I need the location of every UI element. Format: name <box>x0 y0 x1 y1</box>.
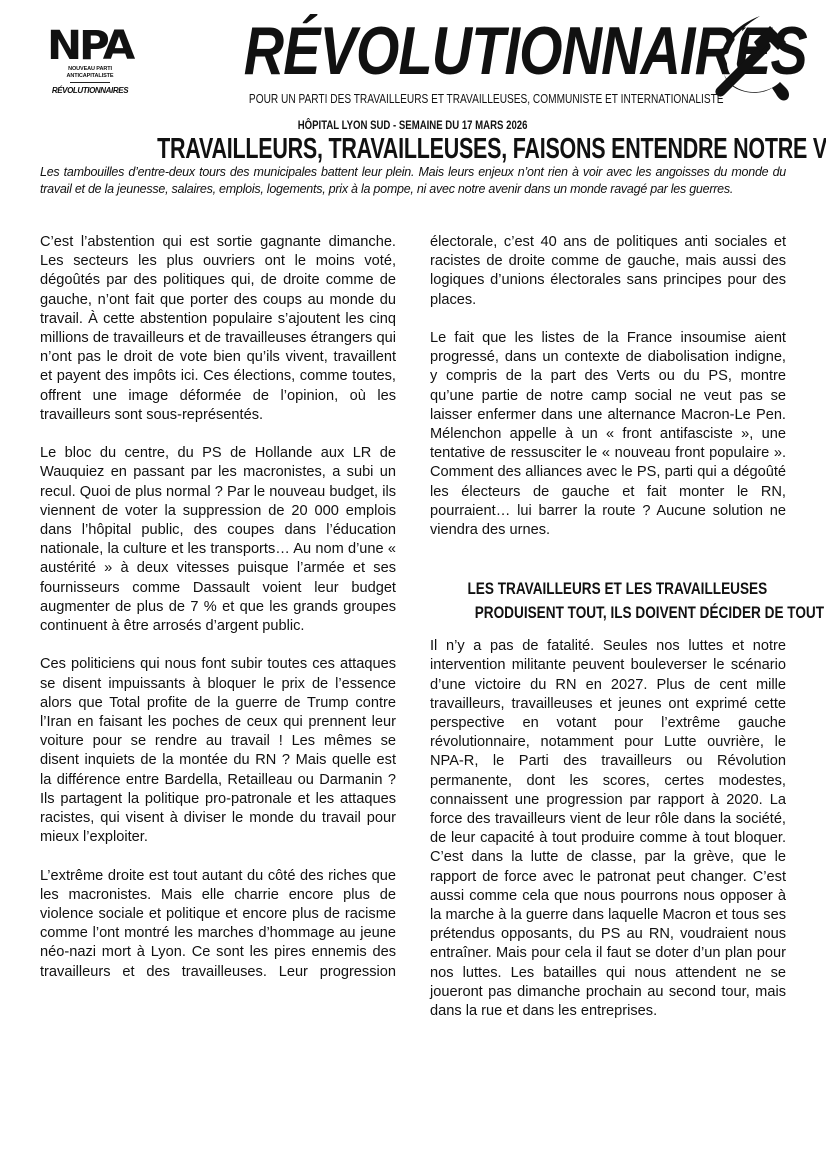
article-paragraph: Le bloc du centre, du PS de Hollande aux… <box>40 444 396 636</box>
dateline: HÔPITAL LYON SUD - SEMAINE DU 17 MARS 20… <box>0 116 826 134</box>
left-column: C’est l’abstention qui est sortie gagnan… <box>40 233 396 1001</box>
section-heading-line1: LES TRAVAILLEURS ET LES TRAVAILLEUSES <box>467 577 767 601</box>
masthead: RÉVOLUTIONNAIRES POUR UN PARTI DES TRAVA… <box>182 14 652 108</box>
npa-logo: NPA NOUVEAU PARTI ANTICAPITALISTE RÉVOLU… <box>44 26 136 95</box>
section-heading: LES TRAVAILLEURS ET LES TRAVAILLEUSES PR… <box>430 577 786 625</box>
article-paragraph: Il n’y a pas de fatalité. Seules nos lut… <box>430 637 786 1021</box>
section-heading-line2: PRODUISENT TOUT, ILS DOIVENT DÉCIDER DE … <box>475 601 826 625</box>
npa-tagline: RÉVOLUTIONNAIRES <box>44 86 136 95</box>
hammer-and-sickle-icon <box>698 12 794 104</box>
right-column: électorale, c’est 40 ans de politiques a… <box>430 233 786 1040</box>
npa-divider <box>70 82 110 83</box>
headline: TRAVAILLEURS, TRAVAILLEUSES, FAISONS ENT… <box>0 133 826 165</box>
dateline-text: HÔPITAL LYON SUD - SEMAINE DU 17 MARS 20… <box>298 118 528 132</box>
npa-acronym: NPA <box>47 26 132 66</box>
intro-paragraph: Les tambouilles d’entre-deux tours des m… <box>40 164 786 198</box>
npa-line2: ANTICAPITALISTE <box>44 73 136 80</box>
article-paragraph: Ces politiciens qui nous font subir tout… <box>40 655 396 847</box>
article-paragraph: électorale, c’est 40 ans de politiques a… <box>430 233 786 310</box>
article-paragraph: L’extrême droite est tout autant du côté… <box>40 867 396 982</box>
article-paragraph: Le fait que les listes de la France inso… <box>430 329 786 540</box>
masthead-subtitle: POUR UN PARTI DES TRAVAILLEURS ET TRAVAI… <box>249 92 724 106</box>
article-paragraph: C’est l’abstention qui est sortie gagnan… <box>40 233 396 425</box>
headline-text: TRAVAILLEURS, TRAVAILLEUSES, FAISONS ENT… <box>157 133 826 165</box>
